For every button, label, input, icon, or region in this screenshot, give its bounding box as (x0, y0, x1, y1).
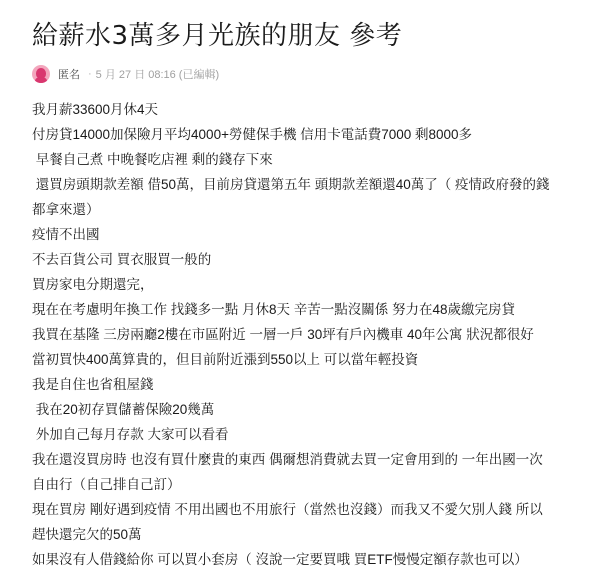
content-line: 現在在考慮明年換工作 找錢多一點 月休8天 辛苦一點沒關係 努力在48歲繳完房貸 (32, 297, 607, 322)
post: 給薪水3萬多月光族的朋友 參考 匿名 · 5 月 27 日 08:16 (已編輯… (32, 0, 607, 572)
content-line: 我在還沒買房時 也沒有買什麼貴的東西 偶爾想消費就去買一定會用到的 一年出國一次 (32, 447, 607, 472)
content-line: 現在買房 剛好遇到疫情 不用出國也不用旅行（當然也沒錢）而我又不愛欠別人錢 所以 (32, 497, 607, 522)
avatar-body-shape (35, 77, 47, 83)
content-line: 趕快還完欠的50萬 (32, 522, 607, 547)
post-date: 5 月 27 日 08:16 (96, 66, 176, 82)
post-title: 給薪水3萬多月光族的朋友 參考 (32, 0, 607, 54)
content-line: 如果沒有人借錢給你 可以買小套房（ 沒說一定要買哦 買ETF慢慢定額存款也可以） (32, 547, 607, 572)
meta-separator: · (88, 68, 92, 80)
content-line: 自由行（自己排自己訂） (32, 472, 607, 497)
content-line: 我是自住也省租屋錢 (32, 372, 607, 397)
content-line: 都拿來還） (32, 197, 607, 222)
author-name[interactable]: 匿名 (58, 66, 80, 82)
content-line: 我在20初存買儲蓄保險20幾萬 (32, 397, 607, 422)
content-line: 疫情不出國 (32, 222, 607, 247)
content-line: 我月薪33600月休4天 (32, 97, 607, 122)
content-line: 不去百貨公司 買衣服買一般的 (32, 247, 607, 272)
content-line: 外加自己每月存款 大家可以看看 (32, 422, 607, 447)
content-line: 早餐自己煮 中晚餐吃店裡 剩的錢存下來 (32, 147, 607, 172)
content-line: 還買房頭期款差額 借50萬，目前房貸還第五年 頭期款差額還40萬了（ 疫情政府發… (32, 172, 607, 197)
content-line: 付房貸14000加保險月平均4000+勞健保手機 信用卡電話費7000 剩800… (32, 122, 607, 147)
content-line: 買房家电分期還完， (32, 272, 607, 297)
post-content: 我月薪33600月休4天 付房貸14000加保險月平均4000+勞健保手機 信用… (32, 97, 607, 572)
content-line: 當初買快400萬算貴的，但目前附近漲到550以上 可以當年輕投資 (32, 347, 607, 372)
content-line: 我買在基隆 三房兩廳2樓在市區附近 一層一戶 30坪有戶內機車 40年公寓 狀況… (32, 322, 607, 347)
female-avatar-icon[interactable] (32, 65, 50, 83)
edited-label: (已編輯) (179, 66, 219, 82)
post-meta: 匿名 · 5 月 27 日 08:16 (已編輯) (32, 64, 607, 84)
